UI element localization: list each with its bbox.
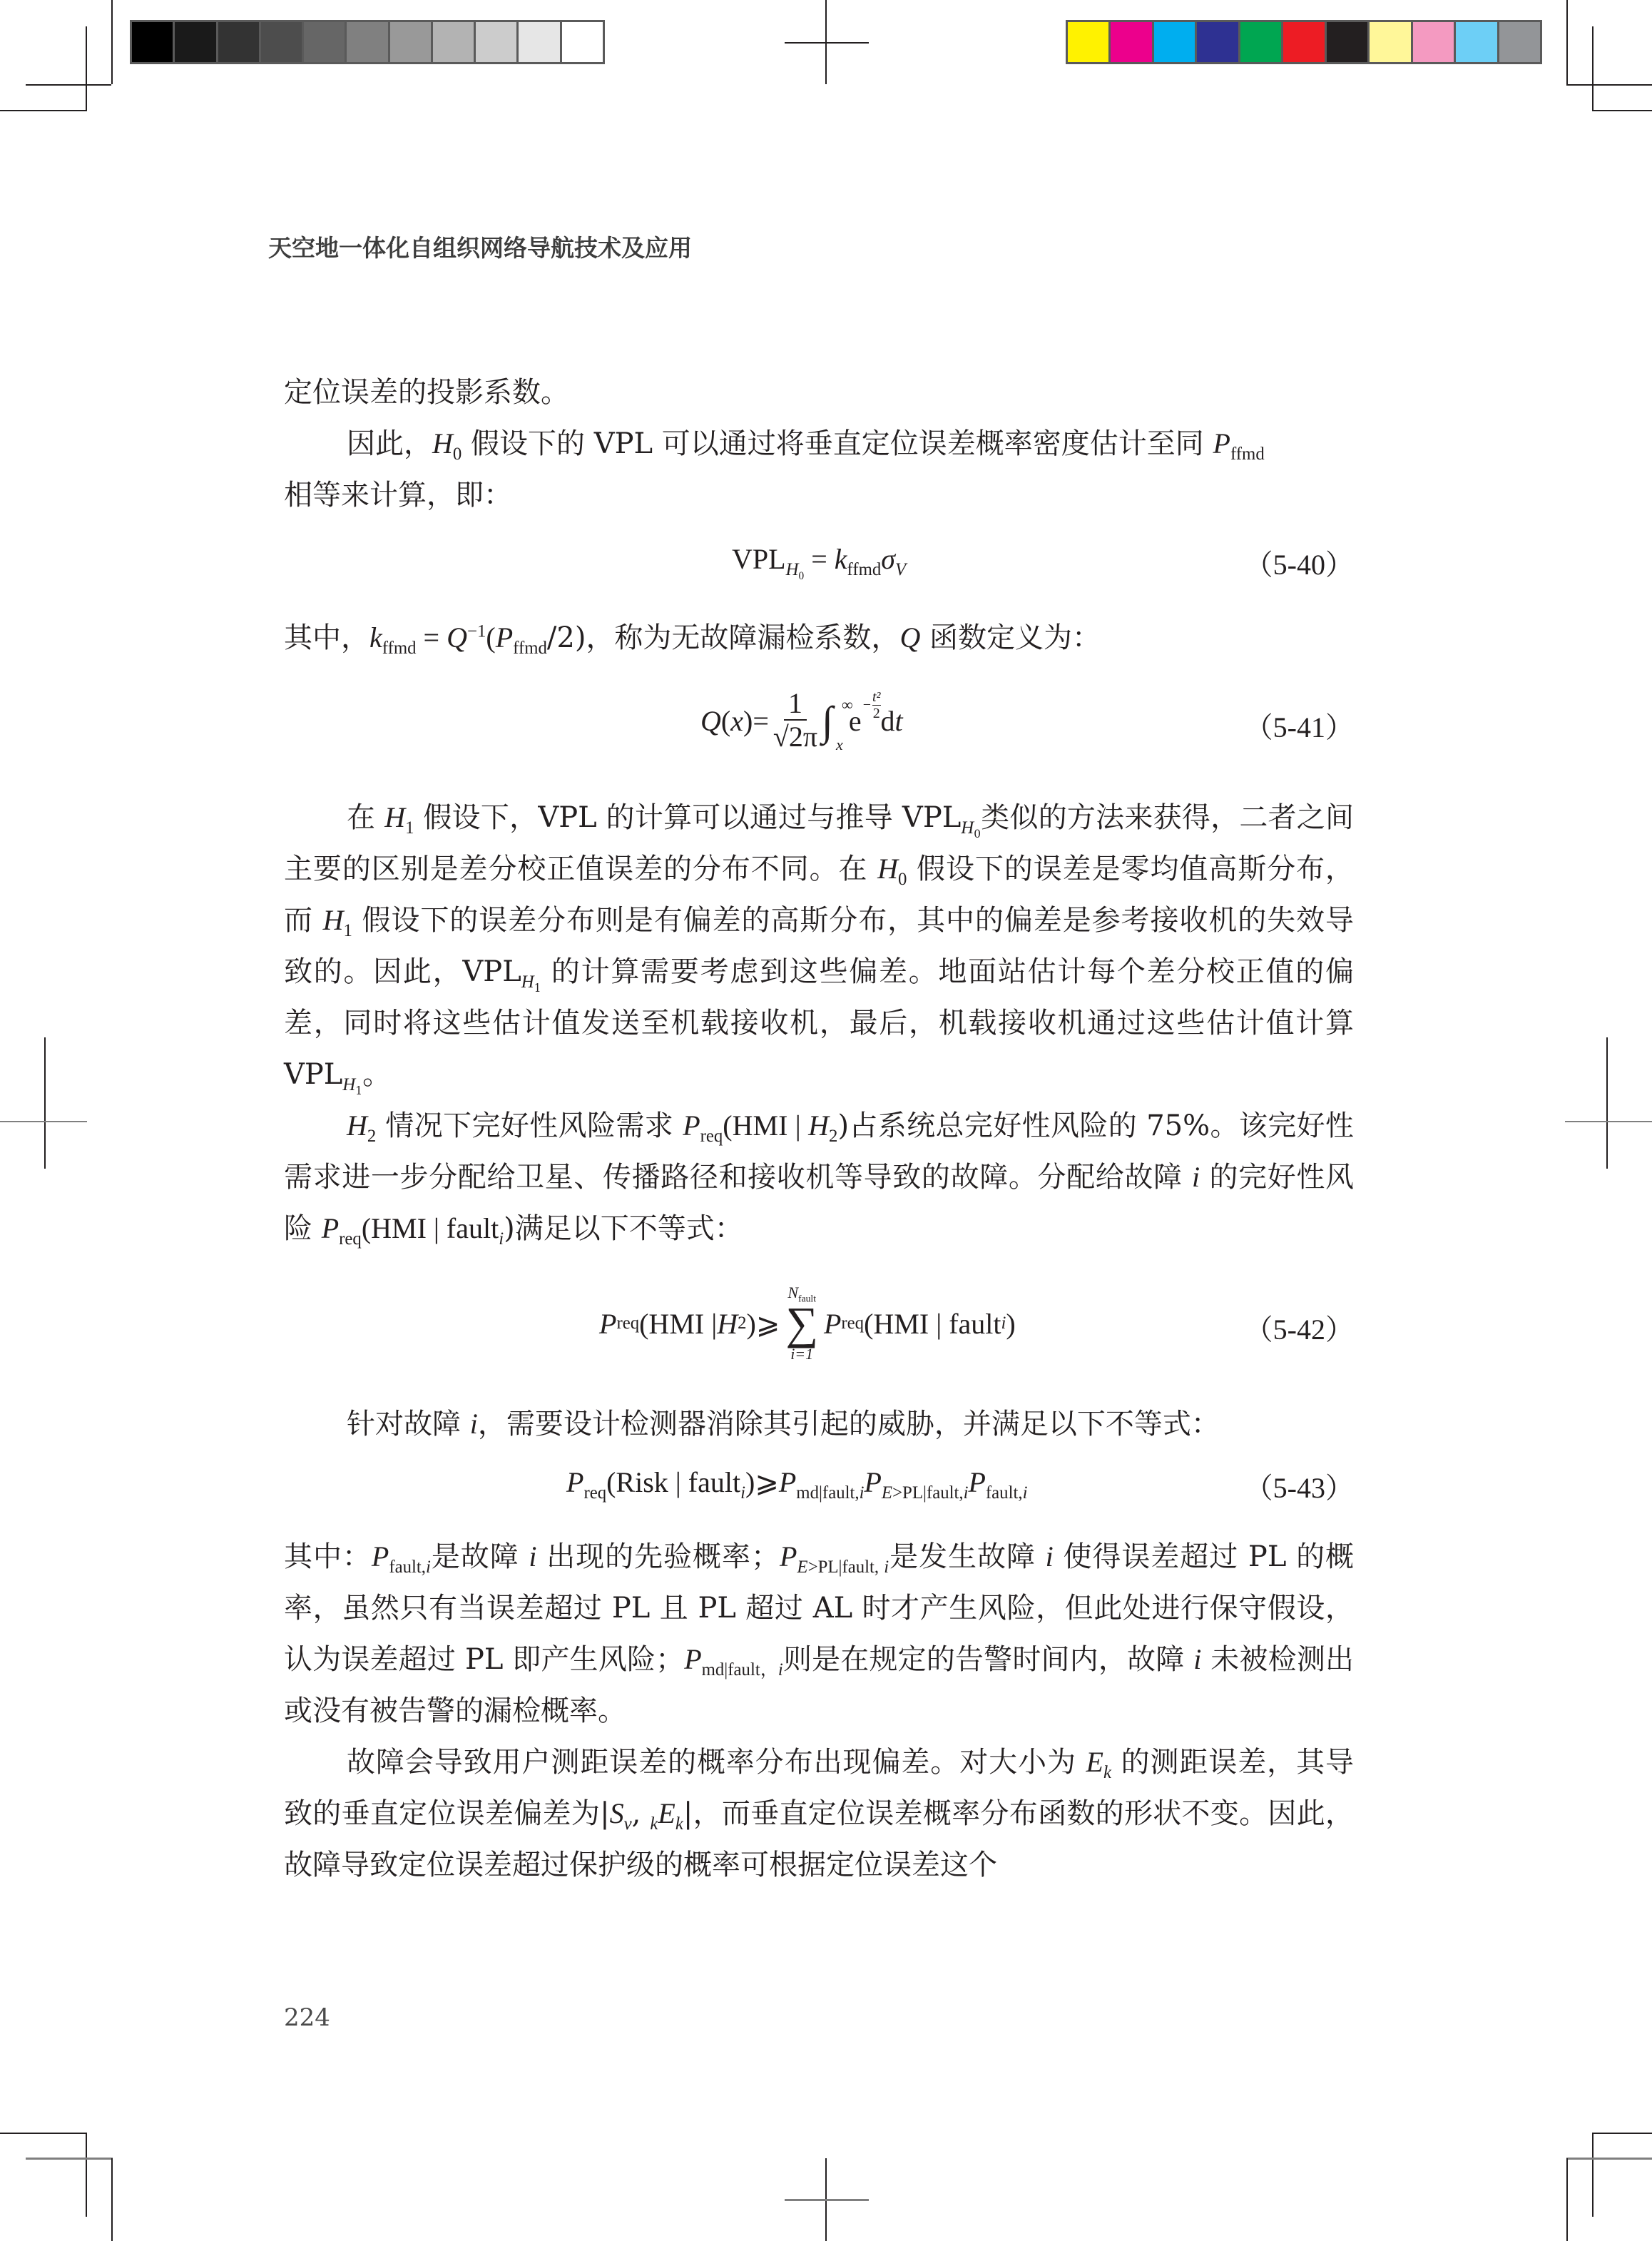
equation-formula: Preq(HMI | H2) ⩾ Nfault∑i=1 Preq(HMI | f… — [599, 1277, 1016, 1370]
paragraph: H2 情况下完好性风险需求 Preq(HMI | H2)占系统总完好性风险的 7… — [284, 1100, 1354, 1254]
paragraph: 因此，H0 假设下的 VPL 可以通过将垂直定位误差概率密度估计至同 Pffmd… — [284, 418, 1354, 521]
paragraph: 其中：Pfault,i是故障 i 出现的先验概率；PE>PL|fault, i是… — [284, 1531, 1354, 1737]
color-swatch — [132, 22, 173, 62]
body-block-3: 在 H1 假设下，VPL 的计算可以通过与推导 VPLH0类似的方法来获得，二者… — [284, 792, 1354, 1254]
page-number: 224 — [284, 2003, 330, 2032]
color-swatch — [1197, 22, 1238, 62]
running-head: 天空地一体化自组织网络导航技术及应用 — [268, 230, 692, 263]
equation-5-41: Q(x) = 1√2π ∫∞x e −t²2 dt （5-41） — [284, 678, 1354, 763]
equation-5-43: Preq(Risk | faulti)⩾Pmd|fault,iPE>PL|fau… — [284, 1465, 1354, 1508]
body-block-5: 其中：Pfault,i是故障 i 出现的先验概率；PE>PL|fault, i是… — [284, 1531, 1354, 1891]
color-swatch — [476, 22, 516, 62]
body-block-4: 针对故障 i，需要设计检测器消除其引起的威胁，并满足以下不等式： — [284, 1398, 1354, 1450]
body-block-2: 其中，kffmd = Q−1(Pffmd/2)，称为无故障漏检系数，Q 函数定义… — [284, 612, 1354, 664]
equation-formula: Q(x) = 1√2π ∫∞x e −t²2 dt — [700, 678, 903, 763]
paragraph: 针对故障 i，需要设计检测器消除其引起的威胁，并满足以下不等式： — [284, 1398, 1354, 1450]
body-block-1: 定位误差的投影系数。 因此，H0 假设下的 VPL 可以通过将垂直定位误差概率密… — [284, 367, 1354, 521]
equation-formula: VPLH0 = kffmdσV — [732, 542, 906, 576]
paragraph: 定位误差的投影系数。 — [284, 367, 1354, 418]
color-swatch — [1456, 22, 1497, 62]
color-swatch — [1240, 22, 1281, 62]
color-swatch — [1283, 22, 1324, 62]
equation-number: （5-40） — [1245, 542, 1354, 583]
color-swatch — [261, 22, 302, 62]
color-swatch — [433, 22, 474, 62]
color-swatch — [304, 22, 345, 62]
color-swatch — [1111, 22, 1151, 62]
equation-number: （5-42） — [1245, 1307, 1354, 1348]
equation-5-42: Preq(HMI | H2) ⩾ Nfault∑i=1 Preq(HMI | f… — [284, 1277, 1354, 1370]
color-swatch — [1499, 22, 1540, 62]
color-swatch — [390, 22, 431, 62]
color-swatch — [1327, 22, 1367, 62]
color-swatch — [1413, 22, 1454, 62]
color-calibration-bar — [1066, 20, 1542, 64]
fraction: 1√2π — [773, 688, 817, 753]
equation-5-40: VPLH0 = kffmdσV （5-40） — [284, 542, 1354, 585]
paragraph: 故障会导致用户测距误差的概率分布出现偏差。对大小为 Ek 的测距误差，其导致的垂… — [284, 1737, 1354, 1891]
grayscale-calibration-bar — [130, 20, 605, 64]
equation-number: （5-43） — [1245, 1465, 1354, 1506]
equation-formula: Preq(Risk | faulti)⩾Pmd|fault,iPE>PL|fau… — [566, 1465, 1027, 1499]
paragraph: 在 H1 假设下，VPL 的计算可以通过与推导 VPLH0类似的方法来获得，二者… — [284, 792, 1354, 1100]
equation-number: （5-41） — [1245, 705, 1354, 746]
color-swatch — [218, 22, 259, 62]
color-swatch — [175, 22, 215, 62]
color-swatch — [562, 22, 603, 62]
color-swatch — [519, 22, 559, 62]
paragraph: 其中，kffmd = Q−1(Pffmd/2)，称为无故障漏检系数，Q 函数定义… — [284, 612, 1354, 664]
summation-sign: Nfault∑i=1 — [785, 1284, 818, 1363]
color-swatch — [347, 22, 387, 62]
color-swatch — [1154, 22, 1195, 62]
color-swatch — [1068, 22, 1108, 62]
integral-sign: ∫∞x — [822, 697, 833, 745]
color-swatch — [1370, 22, 1410, 62]
